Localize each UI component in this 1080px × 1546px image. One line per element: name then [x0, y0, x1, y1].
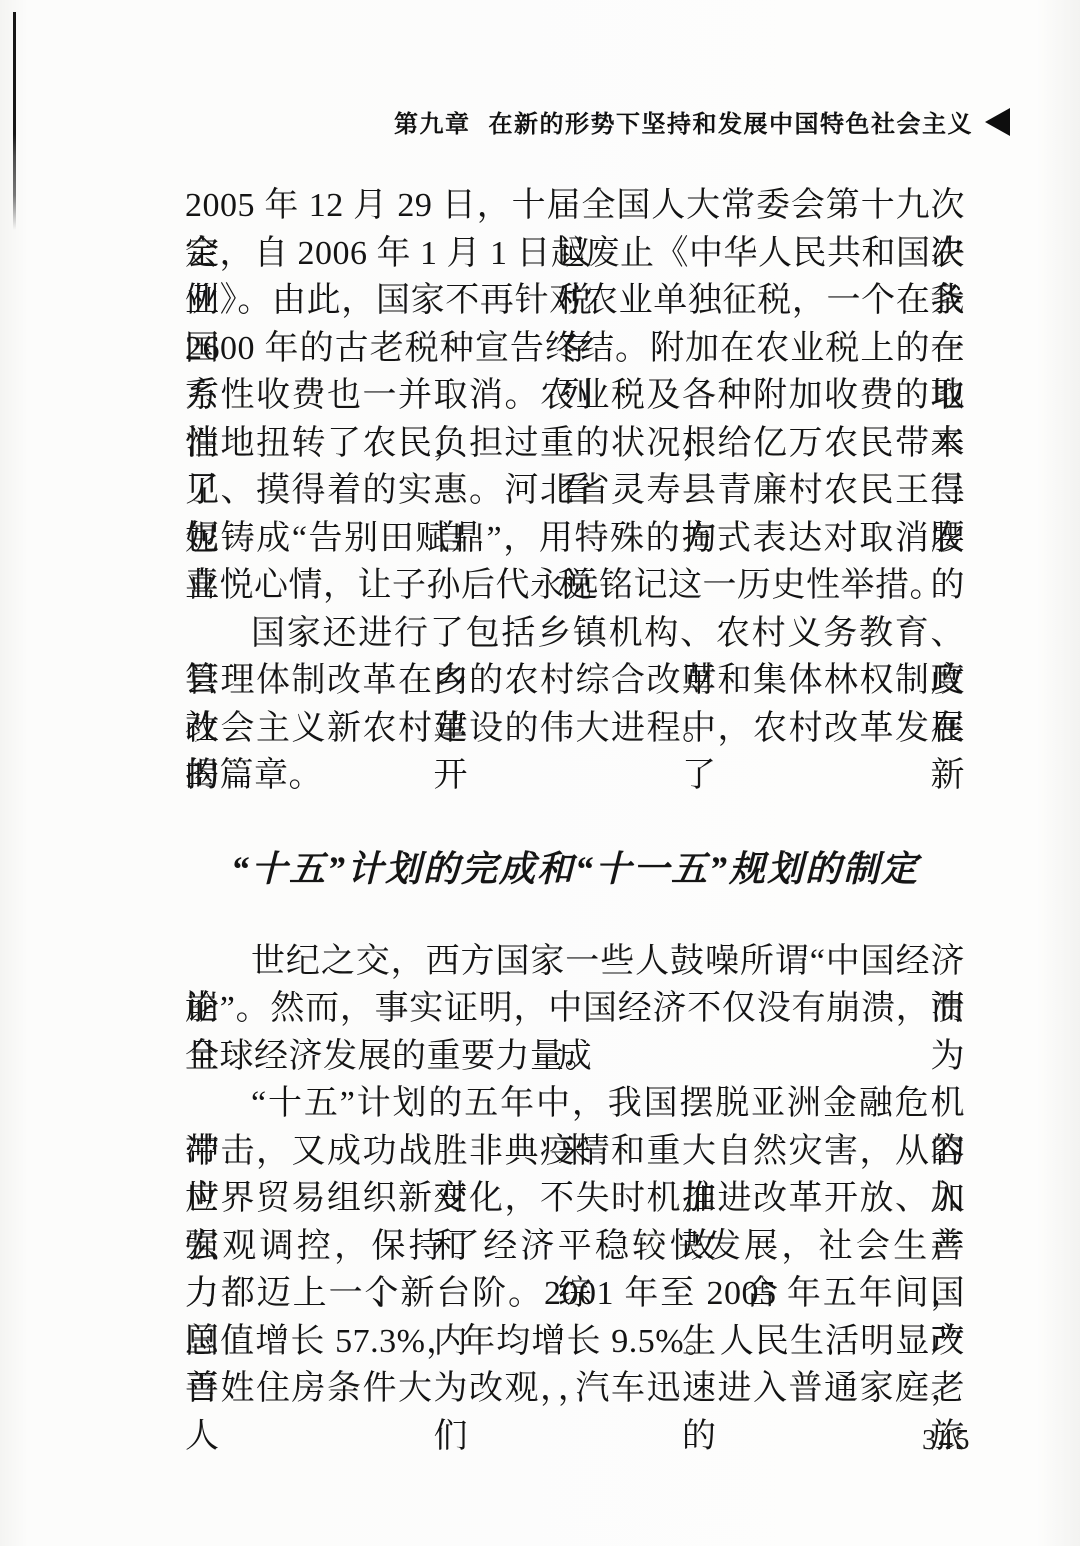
text-line: 宏观调控，保持了经济平稳较快发展，社会生产力、综合国	[185, 1223, 965, 1271]
left-filled-triangle-icon	[985, 108, 1010, 136]
text-line: 包铸成“告别田赋鼎”，用特殊的方式表达对取消农业税的	[185, 515, 965, 563]
text-line: 喜悦心情，让子孙后代永远铭记这一历史性举措。	[185, 562, 965, 610]
text-line: 例》。由此，国家不再针对农业单独征税，一个在我国存在	[185, 277, 965, 325]
text-line: 2600 年的古老税种宣告终结。附加在农业税上的一系列地	[185, 325, 965, 373]
text-line: 性地扭转了农民负担过重的状况，给亿万农民带来了看得	[185, 420, 965, 468]
text-line: 总值增长 57.3%，年均增长 9.5%。人民生活明显改善，老	[185, 1318, 965, 1366]
section-heading: “十五”计划的完成和“十一五”规划的制定	[185, 840, 965, 898]
text-line: 方性收费也一并取消。农业税及各种附加收费的取消，根本	[185, 372, 965, 420]
scan-edge-line	[13, 12, 16, 230]
text-line: 百姓住房条件大为改观，汽车迅速进入普通家庭，人们的旅	[185, 1365, 965, 1413]
running-header: 第九章 在新的形势下坚持和发展中国特色社会主义	[394, 104, 1010, 139]
text-line: 国家还进行了包括乡镇机构、农村义务教育、县乡财政	[185, 610, 965, 658]
page-body: 2005 年 12 月 29 日，十届全国人大常委会第十九次会议决定，自 200…	[185, 182, 965, 1413]
text-line: 世界贸易组织新变化，不失时机推进改革开放、加强和改善	[185, 1175, 965, 1223]
chapter-label: 第九章	[394, 104, 471, 139]
page-number: 345	[922, 1424, 972, 1457]
text-line: 见、摸得着的实惠。河北省灵寿县青廉村农民王三妮自掏腰	[185, 467, 965, 515]
text-line: 冲击，又成功战胜非典疫情和重大自然灾害，从容应对加入	[185, 1128, 965, 1176]
text-line: 力都迈上一个新台阶。2001 年至 2005 年五年间，国内生产	[185, 1270, 965, 1318]
text-line: 定，自 2006 年 1 月 1 日起废止《中华人民共和国农业税条	[185, 230, 965, 278]
text-line: 论”。然而，事实证明，中国经济不仅没有崩溃，而且成为	[185, 985, 965, 1033]
text-line: 世纪之交，西方国家一些人鼓噪所谓“中国经济崩溃	[185, 938, 965, 986]
chapter-title: 在新的形势下坚持和发展中国特色社会主义	[489, 104, 974, 139]
text-line: 2005 年 12 月 29 日，十届全国人大常委会第十九次会议决	[185, 182, 965, 230]
text-line: 管理体制改革在内的农村综合改革和集体林权制度改革。在	[185, 657, 965, 705]
text-line: 社会主义新农村建设的伟大进程中，农村改革发展揭开了新	[185, 705, 965, 753]
text-line: “十五”计划的五年中，我国摆脱亚洲金融危机带来的	[185, 1080, 965, 1128]
